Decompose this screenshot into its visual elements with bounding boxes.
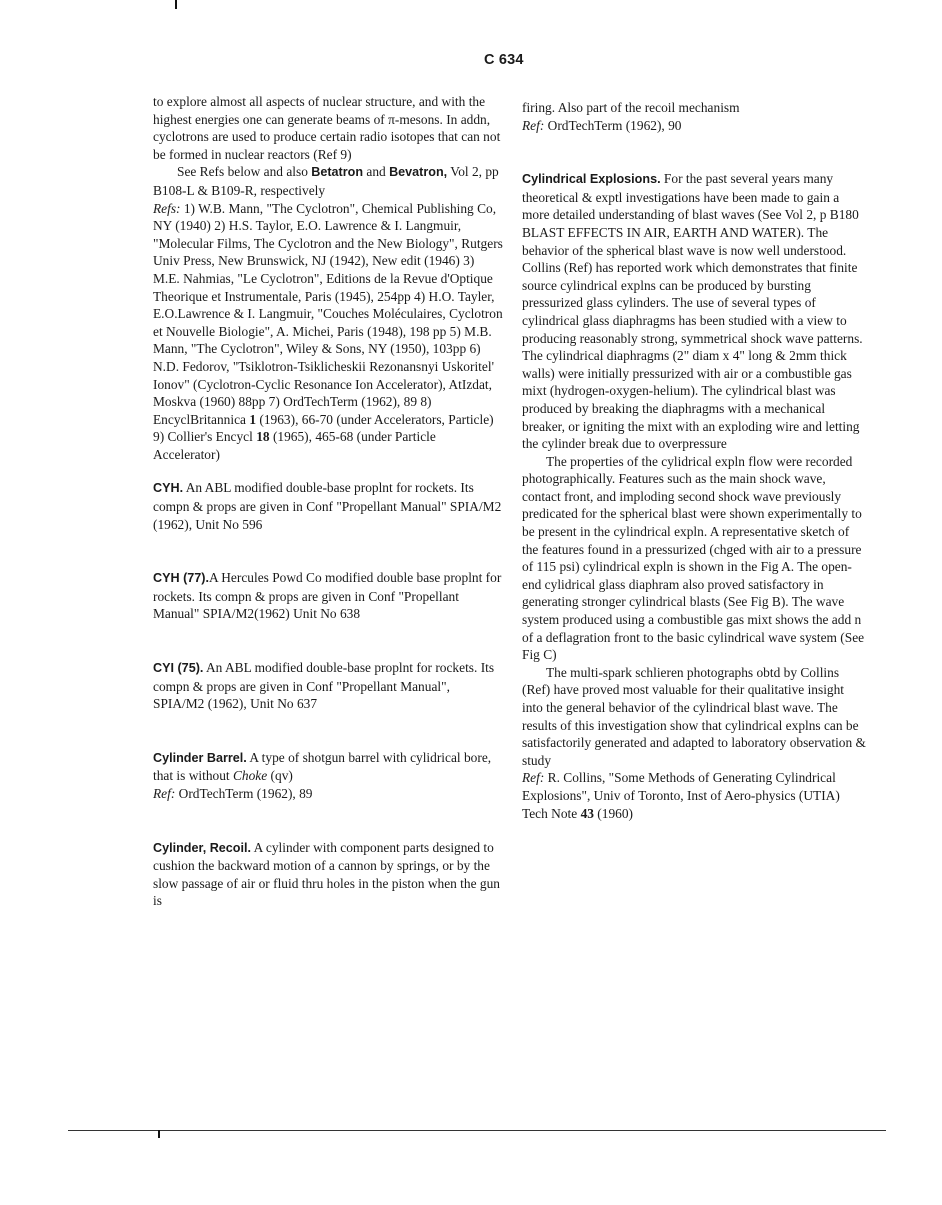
crossref-bevatron: Bevatron, <box>389 165 447 179</box>
refs-label: Refs: <box>153 201 181 216</box>
entry-term: CYI (75). <box>153 661 203 675</box>
ref-label: Ref: <box>522 118 544 133</box>
recoil-continuation: firing. Also part of the recoil mechanis… <box>522 99 867 134</box>
left-column: to explore almost all aspects of nuclear… <box>153 93 503 910</box>
references-paragraph: Refs: 1) W.B. Mann, "The Cyclotron", Che… <box>153 200 503 464</box>
entry-cylinder-barrel: Cylinder Barrel. A type of shotgun barre… <box>153 749 503 803</box>
intro-paragraph: to explore almost all aspects of nuclear… <box>153 93 503 163</box>
entry-term: Cylinder, Recoil. <box>153 841 251 855</box>
see-refs-paragraph: See Refs below and also Betatron and Bev… <box>153 163 503 199</box>
entry-term: Cylindrical Explosions. <box>522 172 661 186</box>
entry-cylinder-recoil: Cylinder, Recoil. A cylinder with compon… <box>153 839 503 910</box>
footer-rule <box>68 1130 886 1131</box>
entry-term: Cylinder Barrel. <box>153 751 247 765</box>
entry-term: CYH. <box>153 481 183 495</box>
entry-cyh: CYH. An ABL modified double-base proplnt… <box>153 479 503 533</box>
ref-label: Ref: <box>153 786 175 801</box>
scan-mark-bottom <box>158 1130 160 1138</box>
ref-label: Ref: <box>522 770 544 785</box>
right-column: firing. Also part of the recoil mechanis… <box>522 99 867 822</box>
explosions-paragraph-2: The properties of the cylidrical expln f… <box>522 453 867 664</box>
scan-mark-top <box>175 0 177 9</box>
explosions-paragraph-3: The multi-spark schlieren photographs ob… <box>522 664 867 770</box>
entry-cyh-77: CYH (77).A Hercules Powd Co modified dou… <box>153 569 503 623</box>
explosions-reference: Ref: R. Collins, "Some Methods of Genera… <box>522 769 867 822</box>
crossref-betatron: Betatron <box>311 165 363 179</box>
entry-term: CYH (77). <box>153 571 209 585</box>
entry-cyi-75: CYI (75). An ABL modified double-base pr… <box>153 659 503 713</box>
page-number: C 634 <box>484 52 524 68</box>
entry-cylindrical-explosions: Cylindrical Explosions. For the past sev… <box>522 170 867 453</box>
